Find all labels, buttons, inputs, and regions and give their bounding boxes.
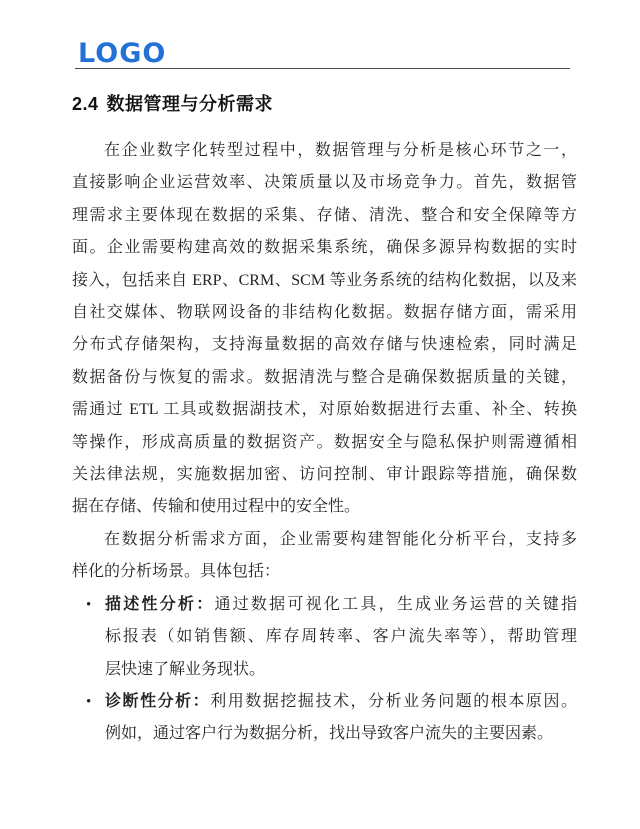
text-line: 例如，通过客户行为数据分析，找出导致客户流失的主要因素。 xyxy=(105,718,577,750)
bullet-term: 描述性分析： xyxy=(105,596,214,613)
text-line: 在数据分析需求方面，企业需要构建智能化分析平台，支持多 xyxy=(72,524,577,556)
text-line: 需通过 ETL 工具或数据湖技术，对原始数据进行去重、补全、转换 xyxy=(72,394,577,426)
text-line: 面。企业需要构建高效的数据采集系统，确保多源异构数据的实时 xyxy=(72,232,577,264)
document-body: 2.4数据管理与分析需求 在企业数字化转型过程中，数据管理与分析是核心环节之一，… xyxy=(72,93,577,751)
bullet-text: 利用数据挖掘技术，分析业务问题的根本原因。 xyxy=(210,693,577,710)
text-line: 理需求主要体现在数据的采集、存储、清洗、整合和安全保障等方 xyxy=(72,200,577,232)
body-text: 在企业数字化转型过程中，数据管理与分析是核心环节之一， 直接影响企业运营效率、决… xyxy=(72,135,577,751)
text-line: 直接影响企业运营效率、决策质量以及市场竞争力。首先，数据管 xyxy=(72,167,577,199)
text-line: 据在存储、传输和使用过程中的安全性。 xyxy=(72,491,577,523)
bullet-item-diagnostic-analysis: • 诊断性分析：利用数据挖掘技术，分析业务问题的根本原因。 例如，通过客户行为数… xyxy=(72,686,577,751)
text-line: 标报表（如销售额、库存周转率、客户流失率等），帮助管理 xyxy=(105,621,577,653)
text-line: 关法律法规，实施数据加密、访问控制、审计跟踪等措施，确保数 xyxy=(72,459,577,491)
text-line: 自社交媒体、物联网设备的非结构化数据。数据存储方面，需采用 xyxy=(72,297,577,329)
document-page: LOGO 2.4数据管理与分析需求 在企业数字化转型过程中，数据管理与分析是核心… xyxy=(0,0,640,829)
bullet-dot-icon: • xyxy=(86,686,91,718)
text-line: 数据备份与恢复的需求。数据清洗与整合是确保数据质量的关键， xyxy=(72,362,577,394)
bullet-list: • 描述性分析：通过数据可视化工具，生成业务运营的关键指 标报表（如销售额、库存… xyxy=(72,589,577,751)
paragraph-data-management: 在企业数字化转型过程中，数据管理与分析是核心环节之一， 直接影响企业运营效率、决… xyxy=(72,135,577,524)
bullet-dot-icon: • xyxy=(86,589,91,621)
section-number: 2.4 xyxy=(72,94,99,114)
section-heading: 2.4数据管理与分析需求 xyxy=(72,93,577,115)
text-line: 接入，包括来自 ERP、CRM、SCM 等业务系统的结构化数据，以及来 xyxy=(72,265,577,297)
text-line: 样化的分析场景。具体包括： xyxy=(72,556,577,588)
page-header: LOGO xyxy=(72,40,577,69)
company-logo: LOGO xyxy=(78,40,577,68)
bullet-item-descriptive-analysis: • 描述性分析：通过数据可视化工具，生成业务运营的关键指 标报表（如销售额、库存… xyxy=(72,589,577,686)
bullet-term: 诊断性分析： xyxy=(105,693,210,710)
text-line: 在企业数字化转型过程中，数据管理与分析是核心环节之一， xyxy=(72,135,577,167)
text-line: 诊断性分析：利用数据挖掘技术，分析业务问题的根本原因。 xyxy=(105,686,577,718)
bullet-text: 通过数据可视化工具，生成业务运营的关键指 xyxy=(214,596,577,613)
text-line: 分布式存储架构，支持海量数据的高效存储与快速检索，同时满足 xyxy=(72,329,577,361)
text-line: 描述性分析：通过数据可视化工具，生成业务运营的关键指 xyxy=(105,589,577,621)
text-line: 等操作，形成高质量的数据资产。数据安全与隐私保护则需遵循相 xyxy=(72,427,577,459)
paragraph-analysis-intro: 在数据分析需求方面，企业需要构建智能化分析平台，支持多 样化的分析场景。具体包括… xyxy=(72,524,577,589)
section-title: 数据管理与分析需求 xyxy=(107,94,274,114)
text-line: 层快速了解业务现状。 xyxy=(105,654,577,686)
